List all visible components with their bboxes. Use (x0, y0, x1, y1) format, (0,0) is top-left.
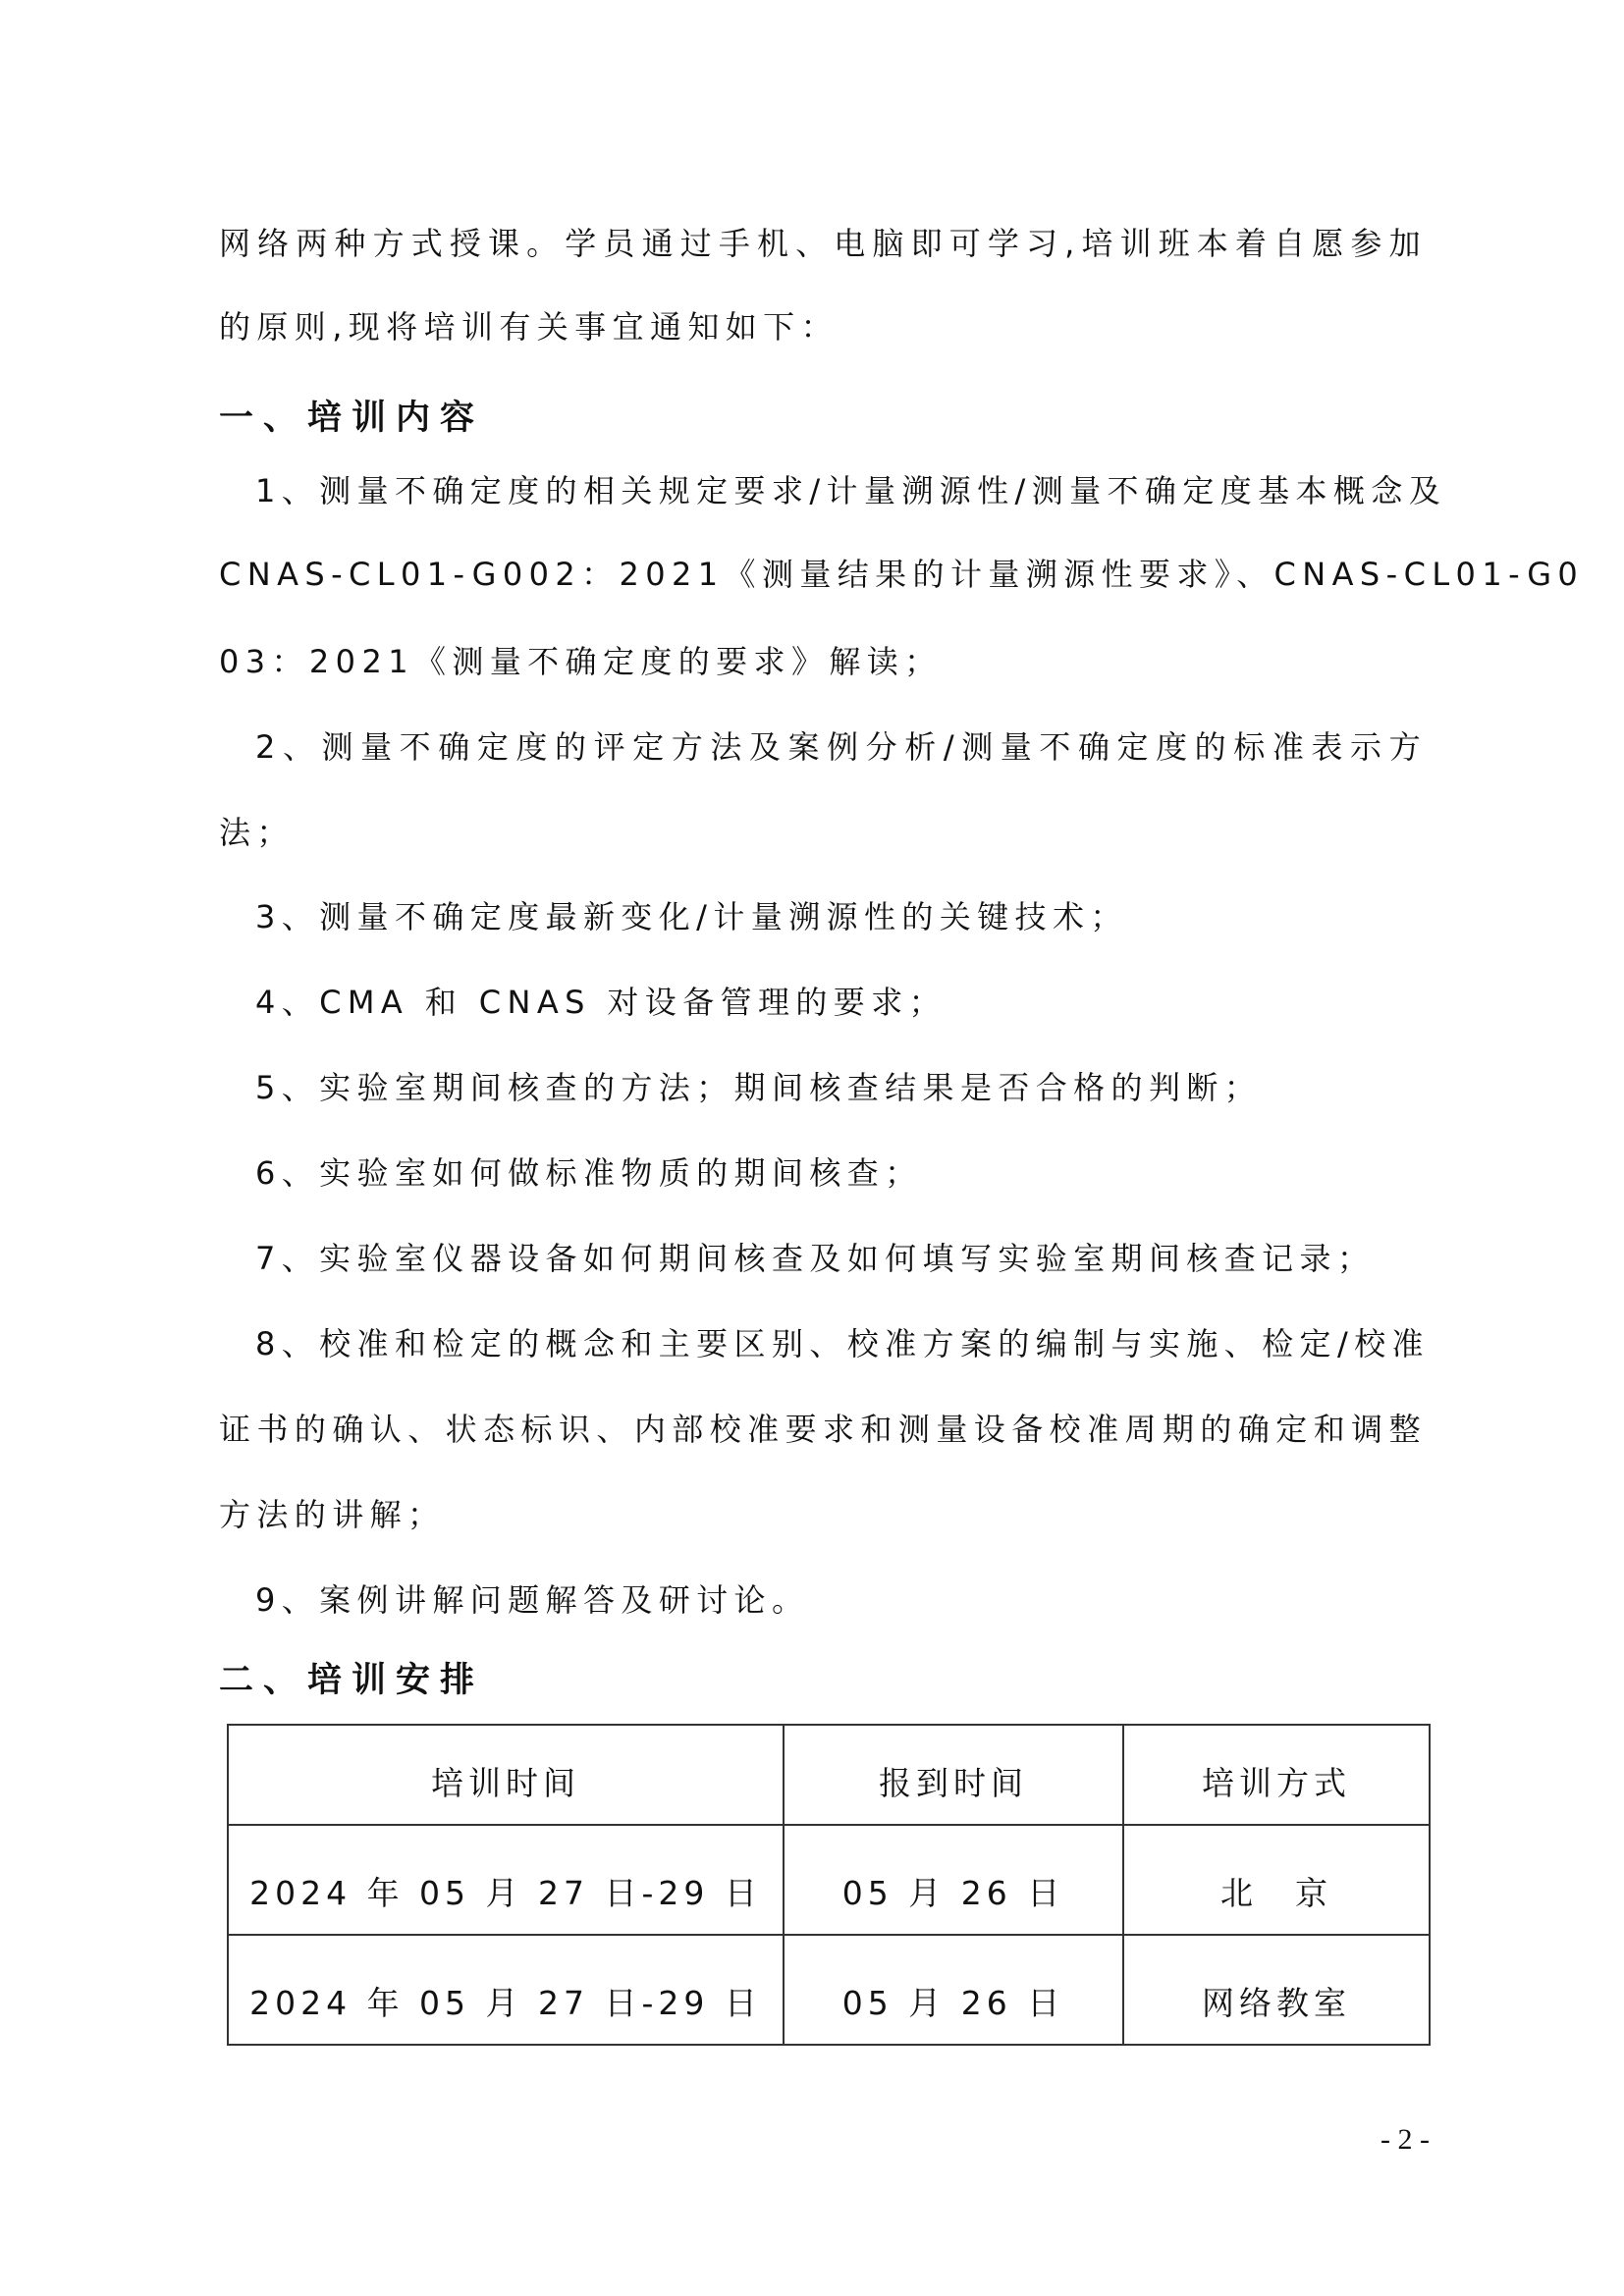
cell-registration-time: 05 月 26 日 (784, 1825, 1123, 1935)
intro-line-2: 的原则,现将培训有关事宜通知如下： (219, 297, 1427, 356)
section-heading-training-content: 一、培训内容 (219, 389, 484, 448)
intro-line-1: 网络两种方式授课。学员通过手机、电脑即可学习,培训班本着自愿参加 (219, 214, 1427, 273)
content-item-8-line-3: 方法的讲解； (219, 1485, 1427, 1544)
content-item-5: 5、实验室期间核查的方法；期间核查结果是否合格的判断； (255, 1058, 1427, 1117)
table-row: 2024 年 05 月 27 日-29 日 05 月 26 日 网络教室 (228, 1935, 1430, 2045)
content-item-1-line-2: CNAS-CL01-G002：2021《测量结果的计量溯源性要求》、CNAS-C… (219, 545, 1427, 604)
table-row: 2024 年 05 月 27 日-29 日 05 月 26 日 北 京 (228, 1825, 1430, 1935)
content-item-6: 6、实验室如何做标准物质的期间核查； (255, 1144, 1427, 1202)
content-item-9: 9、案例讲解问题解答及研讨论。 (255, 1571, 1427, 1629)
section-heading-training-schedule: 二、培训安排 (219, 1651, 484, 1710)
content-item-8-line-1: 8、校准和检定的概念和主要区别、校准方案的编制与实施、检定/校准 (255, 1314, 1427, 1373)
page-number: - 2 - (1380, 2120, 1431, 2160)
cell-training-mode: 网络教室 (1123, 1935, 1430, 2045)
content-item-1-line-1: 1、测量不确定度的相关规定要求/计量溯源性/测量不确定度基本概念及 (255, 461, 1427, 520)
header-training-mode: 培训方式 (1123, 1725, 1430, 1825)
header-registration-time: 报到时间 (784, 1725, 1123, 1825)
schedule-table: 培训时间 报到时间 培训方式 2024 年 05 月 27 日-29 日 05 … (227, 1724, 1431, 2046)
content-item-1-line-3: 03：2021《测量不确定度的要求》解读； (219, 632, 1427, 691)
document-page: 网络两种方式授课。学员通过手机、电脑即可学习,培训班本着自愿参加 的原则,现将培… (0, 0, 1624, 2296)
content-item-2-line-2: 法； (219, 803, 1427, 862)
content-item-4: 4、CMA 和 CNAS 对设备管理的要求； (255, 973, 1427, 1032)
table-header-row: 培训时间 报到时间 培训方式 (228, 1725, 1430, 1825)
cell-registration-time: 05 月 26 日 (784, 1935, 1123, 2045)
header-training-time: 培训时间 (228, 1725, 784, 1825)
content-item-7: 7、实验室仪器设备如何期间核查及如何填写实验室期间核查记录； (255, 1229, 1427, 1288)
content-item-3: 3、测量不确定度最新变化/计量溯源性的关键技术； (255, 887, 1427, 946)
cell-training-time: 2024 年 05 月 27 日-29 日 (228, 1825, 784, 1935)
cell-training-time: 2024 年 05 月 27 日-29 日 (228, 1935, 784, 2045)
content-item-8-line-2: 证书的确认、状态标识、内部校准要求和测量设备校准周期的确定和调整 (219, 1400, 1427, 1459)
content-item-2-line-1: 2、测量不确定度的评定方法及案例分析/测量不确定度的标准表示方 (255, 718, 1427, 776)
cell-training-mode: 北 京 (1123, 1825, 1430, 1935)
